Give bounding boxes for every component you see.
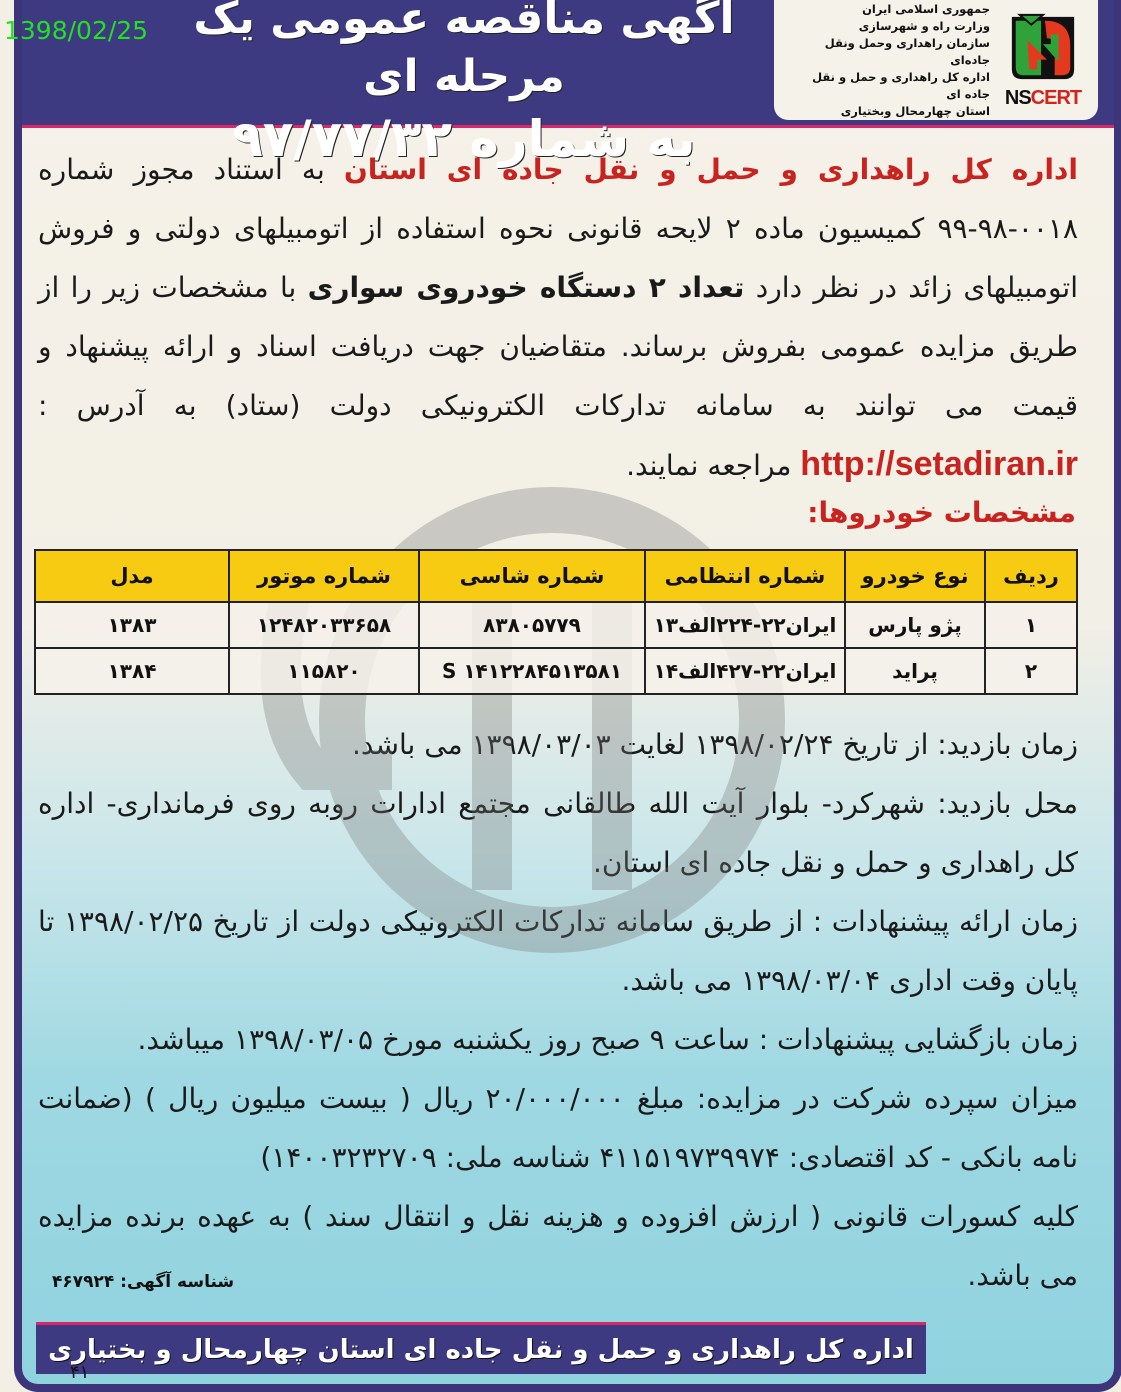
- col-header-model: مدل: [35, 550, 229, 602]
- intro-text-3: مراجعه نمایند.: [626, 449, 800, 482]
- cell-vehicle-type: پژو پارس: [845, 602, 985, 648]
- cell-engine-number: ۱۲۴۸۲۰۳۳۶۵۸: [229, 602, 419, 648]
- cell-chassis-number: ۸۳۸۰۵۷۷۹: [419, 602, 645, 648]
- page-number: ۴۱: [70, 1362, 89, 1383]
- cell-model: ۱۳۸۴: [35, 648, 229, 694]
- vehicle-count: تعداد ۲ دستگاه خودروی سواری: [308, 271, 745, 304]
- org-line: سازمان راهداری وحمل ونقل جاده‌ای: [784, 35, 990, 69]
- org-line: اداره کل راهداری و حمل و نقل جاده ای: [784, 69, 990, 103]
- cell-plate-number: ایران۲۲-۴۲۷الف۱۴: [645, 648, 845, 694]
- cell-plate-number: ایران۲۲-۲۲۴الف۱۳: [645, 602, 845, 648]
- table-row: ۱ پژو پارس ایران۲۲-۲۲۴الف۱۳ ۸۳۸۰۵۷۷۹ ۱۲۴…: [35, 602, 1077, 648]
- cell-vehicle-type: پراید: [845, 648, 985, 694]
- cell-model: ۱۳۸۳: [35, 602, 229, 648]
- org-lines: جمهوری اسلامی ایران وزارت راه و شهرسازی …: [784, 1, 998, 120]
- opening-time: زمان بازگشایی پیشنهادات : ساعت ۹ صبح روز…: [38, 1010, 1078, 1069]
- cell-row-number: ۱: [985, 602, 1077, 648]
- visit-place: محل بازدید: شهرکرد- بلوار آیت الله طالقا…: [38, 774, 1078, 892]
- rmto-logo-icon: [1004, 11, 1082, 83]
- cell-engine-number: ۱۱۵۸۲۰: [229, 648, 419, 694]
- cell-row-number: ۲: [985, 648, 1077, 694]
- vehicles-section-title: مشخصات خودروها:: [807, 496, 1076, 529]
- intro-paragraph: اداره کل راهداری و حمل و نقل جاده ای است…: [38, 140, 1078, 495]
- col-header-vehicle-type: نوع خودرو: [845, 550, 985, 602]
- vehicles-table: ردیف نوع خودرو شماره انتظامی شماره شاسی …: [34, 549, 1078, 695]
- details-section: زمان بازدید: از تاریخ ۱۳۹۸/۰۲/۲۴ لغایت ۱…: [38, 715, 1078, 1305]
- advertisement-frame: آگهی مناقصه عمومی یک مرحله ای به شماره ۹…: [14, 0, 1121, 1392]
- org-line: استان چهارمحال وبختیاری: [784, 103, 990, 120]
- header: آگهی مناقصه عمومی یک مرحله ای به شماره ۹…: [22, 0, 1114, 128]
- logo-box: NSCERT جمهوری اسلامی ایران وزارت راه و ش…: [774, 0, 1098, 120]
- org-highlight: اداره کل راهداری و حمل و نقل جاده ای است…: [344, 153, 1078, 186]
- col-header-engine-number: شماره موتور: [229, 550, 419, 602]
- nscert-logo: NSCERT: [1005, 87, 1081, 110]
- table-header-row: ردیف نوع خودرو شماره انتظامی شماره شاسی …: [35, 550, 1077, 602]
- table-row: ۲ پراید ایران۲۲-۴۲۷الف۱۴ S ۱۴۱۲۲۸۴۵۱۳۵۸۱…: [35, 648, 1077, 694]
- col-header-row-number: ردیف: [985, 550, 1077, 602]
- visit-time: زمان بازدید: از تاریخ ۱۳۹۸/۰۲/۲۴ لغایت ۱…: [38, 715, 1078, 774]
- ad-identifier: شناسه آگهی: ۴۶۷۹۲۴: [52, 1272, 234, 1292]
- deposit-amount: میزان سپرده شرکت در مزایده: مبلغ ۲۰/۰۰۰/…: [38, 1069, 1078, 1187]
- col-header-chassis-number: شماره شاسی: [419, 550, 645, 602]
- org-line: وزارت راه و شهرسازی: [784, 18, 990, 35]
- logo-column: NSCERT: [998, 11, 1088, 110]
- setad-url-link[interactable]: http://setadiran.ir: [800, 445, 1078, 483]
- footer-org-bar: اداره کل راهداری و حمل و نقل جاده ای است…: [36, 1322, 926, 1374]
- submission-time: زمان ارائه پیشنهادات : از طریق سامانه تد…: [38, 892, 1078, 1010]
- date-stamp: 1398/02/25: [4, 16, 148, 45]
- col-header-plate-number: شماره انتظامی: [645, 550, 845, 602]
- cell-chassis-number: S ۱۴۱۲۲۸۴۵۱۳۵۸۱: [419, 648, 645, 694]
- title-line-1: آگهی مناقصه عمومی یک مرحله ای: [184, 0, 744, 106]
- org-line: جمهوری اسلامی ایران: [784, 1, 990, 18]
